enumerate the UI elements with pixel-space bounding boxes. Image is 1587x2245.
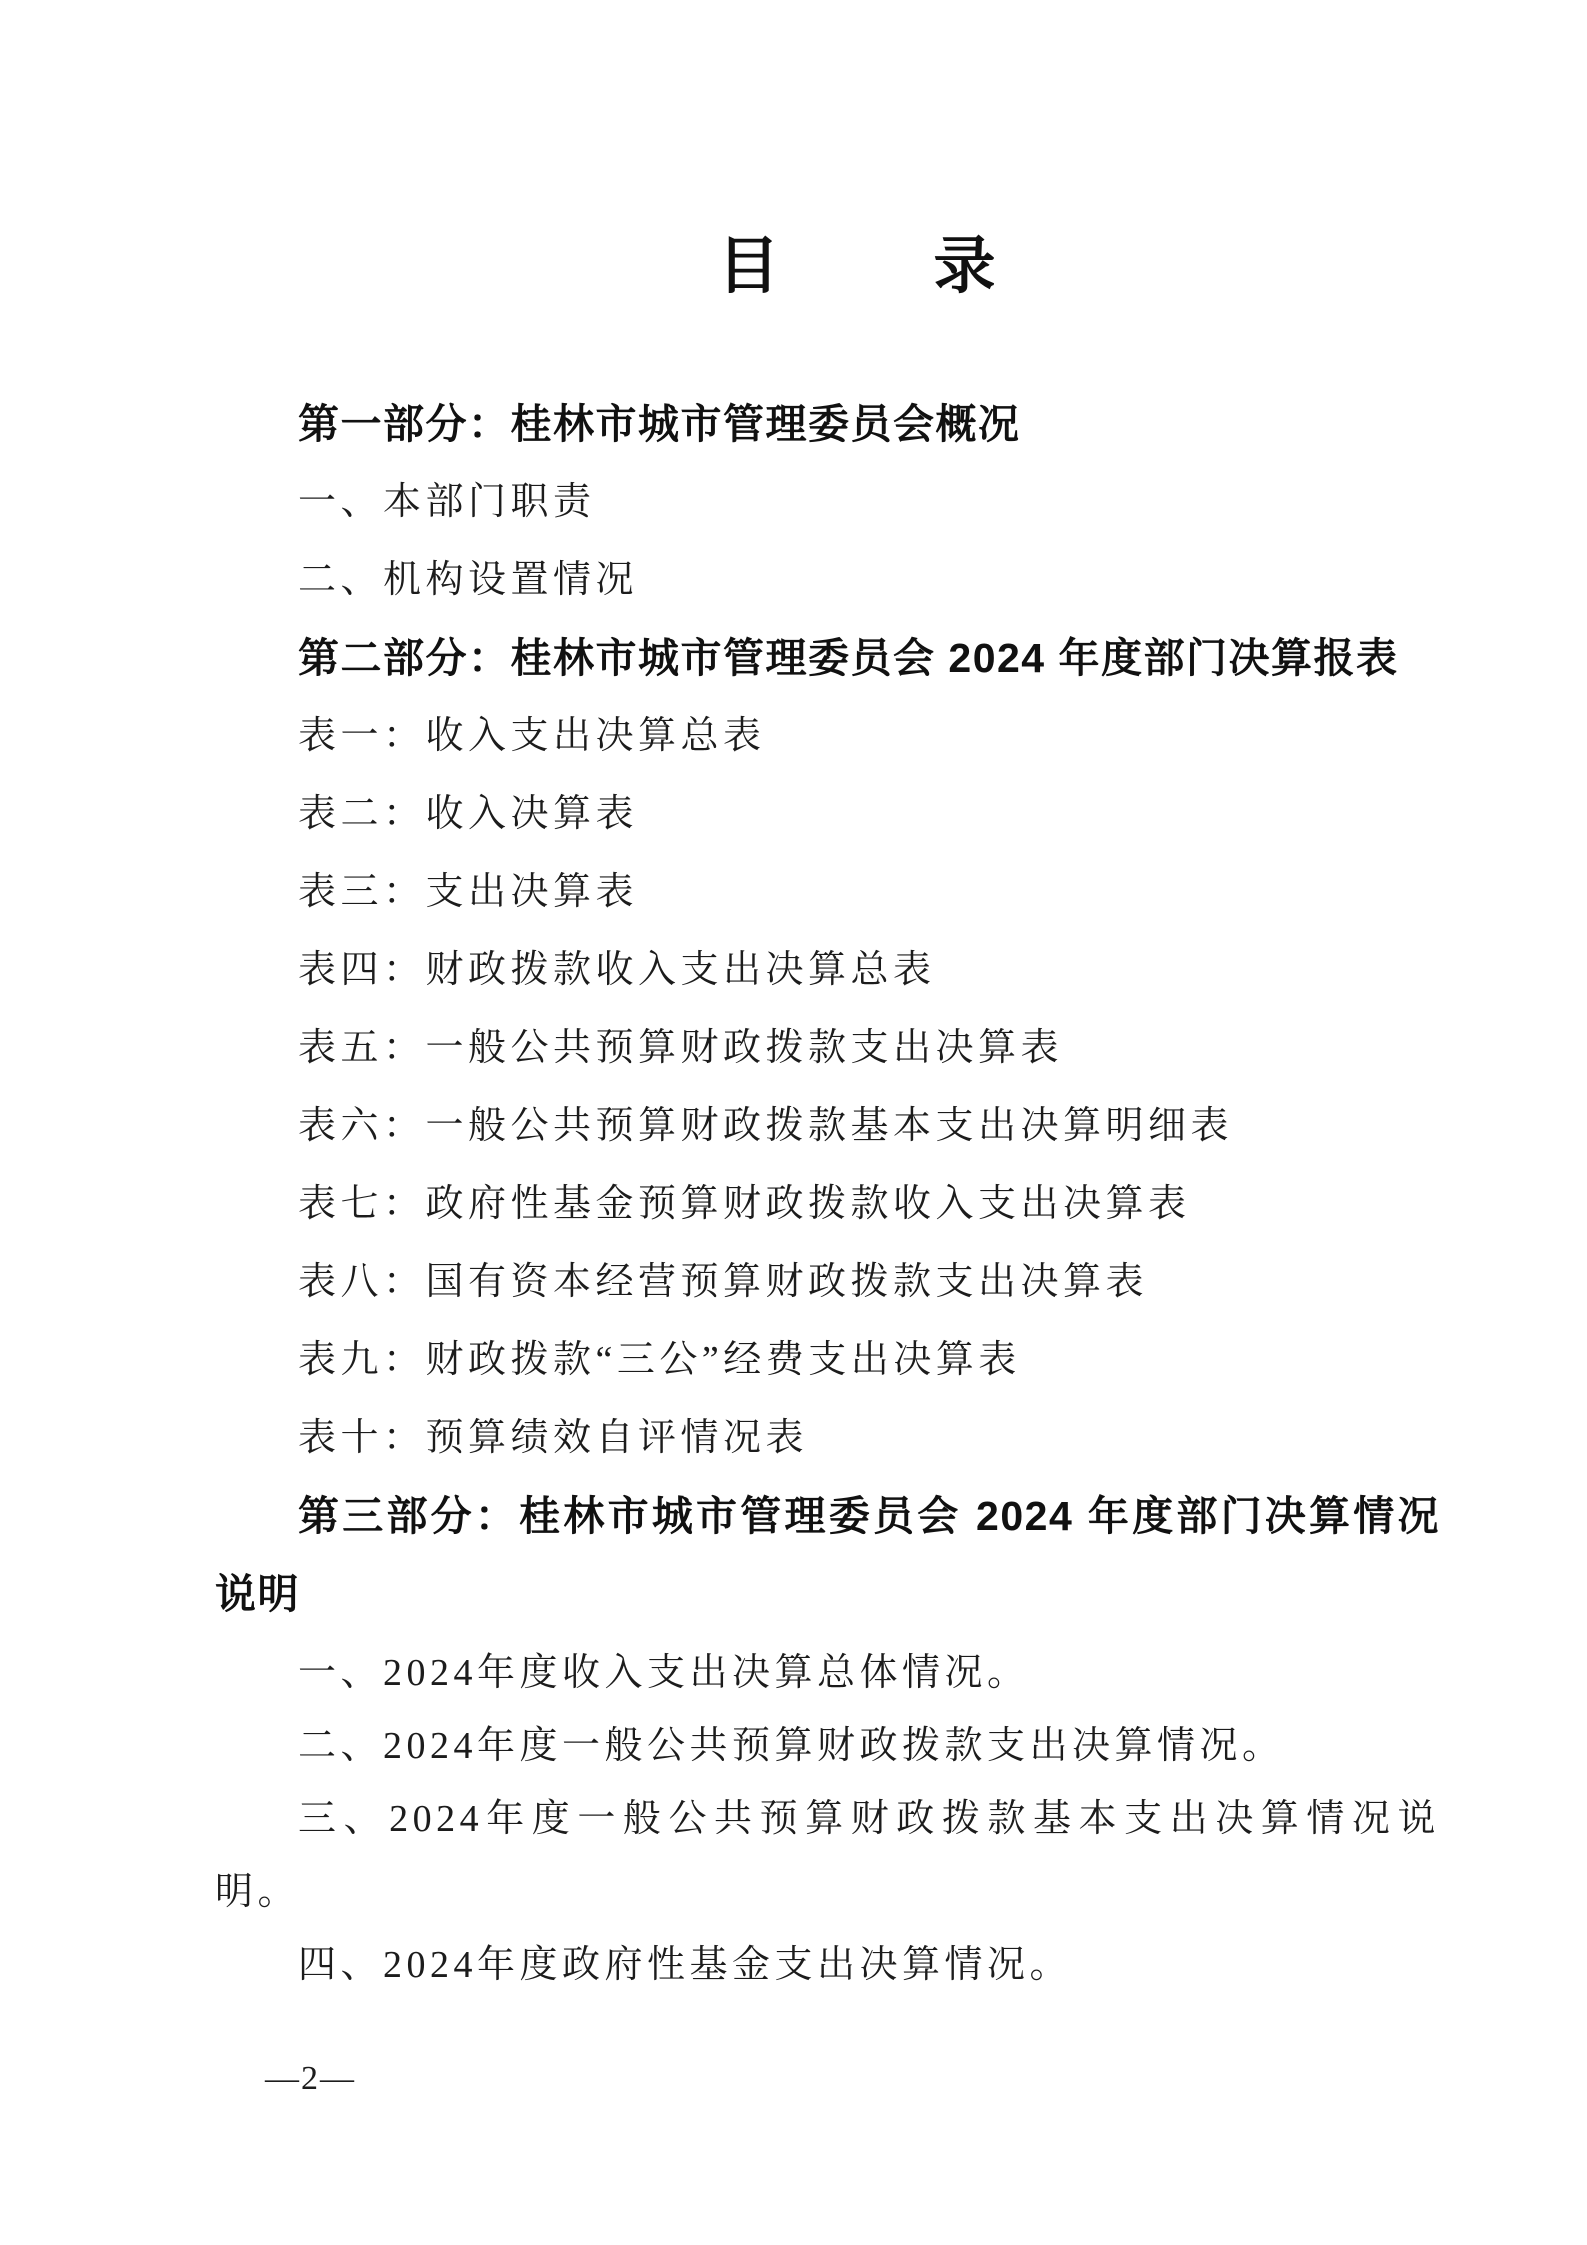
part3-item3-line2: 明。 [215, 1856, 1440, 1929]
document-page: 目 录 第一部分：桂林市城市管理委员会概况 一、本部门职责 二、机构设置情况 第… [0, 0, 1587, 2245]
part3-item2: 二、2024年度一般公共预算财政拨款支出决算情况。 [215, 1710, 1440, 1783]
toc-lower-block: 一、2024年度收入支出决算总体情况。 二、2024年度一般公共预算财政拨款支出… [215, 1637, 1440, 2002]
table2-entry: 表二：收入决算表 [215, 775, 1440, 853]
part1-item-organization: 二、机构设置情况 [215, 541, 1440, 619]
page-title: 目 录 [249, 236, 1474, 298]
toc-content: 目 录 第一部分：桂林市城市管理委员会概况 一、本部门职责 二、机构设置情况 第… [0, 0, 1587, 2096]
part1-heading: 第一部分：桂林市城市管理委员会概况 [215, 385, 1440, 463]
table9-entry: 表九：财政拨款“三公”经费支出决算表 [215, 1321, 1440, 1399]
page-number: —2— [265, 2062, 1440, 2096]
part3-item1: 一、2024年度收入支出决算总体情况。 [215, 1637, 1440, 1710]
table6-entry: 表六：一般公共预算财政拨款基本支出决算明细表 [215, 1087, 1440, 1165]
table3-entry: 表三：支出决算表 [215, 853, 1440, 931]
table4-entry: 表四：财政拨款收入支出决算总表 [215, 931, 1440, 1009]
part1-item-duties: 一、本部门职责 [215, 463, 1440, 541]
part3-heading-line2: 说明 [215, 1555, 1440, 1633]
table1-entry: 表一：收入支出决算总表 [215, 697, 1440, 775]
table5-entry: 表五：一般公共预算财政拨款支出决算表 [215, 1009, 1440, 1087]
part3-item4: 四、2024年度政府性基金支出决算情况。 [215, 1929, 1440, 2002]
table10-entry: 表十：预算绩效自评情况表 [215, 1399, 1440, 1477]
table8-entry: 表八：国有资本经营预算财政拨款支出决算表 [215, 1243, 1440, 1321]
table7-entry: 表七：政府性基金预算财政拨款收入支出决算表 [215, 1165, 1440, 1243]
part3-item3-line1: 三、2024年度一般公共预算财政拨款基本支出决算情况说 [215, 1783, 1440, 1856]
part2-heading: 第二部分：桂林市城市管理委员会 2024 年度部门决算报表 [215, 619, 1440, 697]
toc-upper-block: 第一部分：桂林市城市管理委员会概况 一、本部门职责 二、机构设置情况 第二部分：… [215, 385, 1440, 1633]
part3-heading-line1: 第三部分：桂林市城市管理委员会 2024 年度部门决算情况 [215, 1477, 1440, 1555]
